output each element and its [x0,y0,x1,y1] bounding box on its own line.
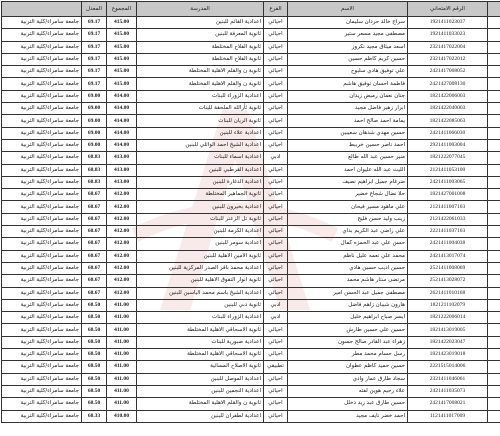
total-score: 412.00 [107,213,137,225]
accepted-institution: جامعة سامراء/كلية التربية [2,164,82,176]
average-score: 68.50 [82,299,107,311]
branch: احيائي [264,164,288,176]
row-seq-number: 93731 [488,139,500,151]
accepted-institution: جامعة سامراء/كلية التربية [2,189,82,201]
total-score: 410.00 [107,410,137,422]
accepted-institution: جامعة سامراء/كلية التربية [2,226,82,238]
row-seq-number: 93749 [488,361,500,373]
school-name: ثانوية الفلاح المختلطة [137,53,264,65]
exam-number: 2421411035073 [408,385,488,397]
school-name: اعدادية اسماء للبنات [137,152,264,164]
branch: احيائي [264,90,288,102]
student-name: هارون شيبان زاهم فاضل [288,299,408,311]
student-name: حسين علي حسين طارش [288,324,408,336]
branch: احيائي [264,127,288,139]
table-row: 937432621411010168مصطفى جميل عبد الحسن ا… [2,287,500,299]
total-score: 412.00 [107,262,137,274]
accepted-institution: جامعة سامراء/كلية التربية [2,127,82,139]
total-score: 411.00 [107,398,137,410]
branch: احيائي [264,189,288,201]
student-name: حسن علي عبد الحمزه كمال [288,238,408,250]
branch: احيائي [264,53,288,65]
row-seq-number: 93730 [488,127,500,139]
total-score: 415.00 [107,53,137,65]
accepted-institution: جامعة سامراء/كلية التربية [2,90,82,102]
branch: احيائي [264,250,288,262]
student-name: احمد خضر نايف مجيد [288,410,408,422]
school-name: ثانوية الامين الاهلية للبنين [137,250,264,262]
school-name: اعدادية القرطبي للبنين [137,164,264,176]
average-score: 68.50 [82,336,107,348]
row-seq-number: 93743 [488,287,500,299]
accepted-institution: جامعة سامراء/كلية التربية [2,238,82,250]
total-score: 412.00 [107,250,137,262]
results-table: ت الرقم الامتحاني الاسم الفرع المدرسة ال… [1,1,500,423]
row-seq-number: 93733 [488,164,500,176]
average-score: 68.50 [82,312,107,324]
school-name: ثانوية الفلاح المختلطة [137,41,264,53]
total-score: 411.00 [107,373,137,385]
accepted-institution: جامعة سامراء/كلية التربية [2,410,82,422]
accepted-institution: جامعة سامراء/كلية التربية [2,250,82,262]
accepted-institution: جامعة سامراء/كلية التربية [2,17,82,29]
table-row: 937211921411023037سراج خالد حردان سليمان… [2,17,500,29]
total-score: 413.00 [107,152,137,164]
student-name: رسل حسام محمد مطر [288,349,408,361]
school-name: ثانوية الريان للبنات [137,115,264,127]
branch: احيائي [264,324,288,336]
accepted-institution: جامعة سامراء/كلية التربية [2,361,82,373]
row-seq-number: 93738 [488,226,500,238]
header-school: المدرسة [137,2,264,17]
average-score: 68.67 [82,226,107,238]
school-name: اعدادية بخيرون للبنين [137,201,264,213]
average-score: 69.00 [82,90,107,102]
branch: احيائي [264,29,288,41]
table-row: 937512421411035073علاء رحيم هوين لفتهاحي… [2,385,500,397]
school-name: اعدادية علاء للبنين [137,127,264,139]
student-name: مصطفى مجيد مسعر ستير [288,29,408,41]
student-name: زهراء عبد القادر صالح حسون [288,336,408,348]
total-score: 414.00 [107,139,137,151]
row-seq-number: 93750 [488,373,500,385]
branch: احيائي [264,213,288,225]
table-row: 937281821422040003ابرار زهير فاضل مجيداح… [2,103,500,115]
school-name: ثانوية المعرفة للبنين [137,29,264,41]
table-row: 937461821413019005حسين علي حسين طارشاحيا… [2,324,500,336]
table-row: 937252421417008052علي توفيق هادي سلبوحاح… [2,66,500,78]
school-name: اعدادية الزوراء للبنات [137,90,264,102]
student-name: ضرغام جميل ابراهيم نصيف [288,176,408,188]
exam-number: 2121422061033 [408,213,488,225]
total-score: 414.00 [107,127,137,139]
branch: احيائي [264,139,288,151]
average-score: 68.67 [82,201,107,213]
header-name: الاسم [288,2,408,17]
total-score: 412.00 [107,226,137,238]
student-name: حلا نضال شجاع خضير [288,189,408,201]
exam-number: 2121411007103 [408,201,488,213]
table-row: 937392421411004038حسن علي عبد الحمزه كما… [2,238,500,250]
average-score: 68.33 [82,410,107,422]
average-score: 68.67 [82,275,107,287]
total-score: 414.00 [107,103,137,115]
total-score: 411.00 [107,312,137,324]
exam-number: 2421413017074 [408,250,488,262]
total-score: 411.00 [107,299,137,311]
school-name: ثانوية الاصلاح المسائية [137,361,264,373]
results-sheet: ت الرقم الامتحاني الاسم الفرع المدرسة ال… [0,0,500,436]
total-score: 414.00 [107,90,137,102]
exam-number: 2621411010168 [408,287,488,299]
average-score: 68.50 [82,373,107,385]
table-row: 937291821422085063يمامة احمد صالح احمداح… [2,115,500,127]
average-score: 69.00 [82,115,107,127]
student-name: مرتضى ستار هاشم محمد [288,275,408,287]
student-name: علي راضي عبد الكريم بداي [288,226,408,238]
average-score: 69.17 [82,29,107,41]
student-name: منير حسين عبد الله طالع [288,152,408,164]
average-score: 68.83 [82,176,107,188]
school-name: اعدادية لطفران للبنين [137,410,264,422]
branch: ادبي [264,312,288,324]
school-name: ثانوية الجماهير المختلطة [137,189,264,201]
school-name: ثانوية الاسحاقي الاهلية المختلطة [137,324,264,336]
student-name: جنان نعمان رميض زيدان [288,90,408,102]
school-name: اعدادية الموصل للبنين [137,373,264,385]
exam-number: 2421411004038 [408,238,488,250]
branch: احيائي [264,385,288,397]
accepted-institution: جامعة سامراء/كلية التربية [2,262,82,274]
row-seq-number: 93740 [488,250,500,262]
average-score: 68.67 [82,262,107,274]
school-name: ثانوية ن والقلم الاهلية المختلطة [137,66,264,78]
branch: احيائي [264,410,288,422]
total-score: 411.00 [107,361,137,373]
student-name: يمامة احمد صالح احمد [288,115,408,127]
row-seq-number: 93748 [488,349,500,361]
total-score: 412.00 [107,238,137,250]
total-score: 411.00 [107,385,137,397]
student-name: مصطفى جميل عبد الحسن امير [288,287,408,299]
row-seq-number: 93736 [488,201,500,213]
exam-number: 1821222077045 [408,152,488,164]
school-name: ثانوية ن والقلم الاهلية المختلطة [137,398,264,410]
student-name: علي توفيق هادي سلبوح [288,66,408,78]
header-exam-number: الرقم الامتحاني [408,2,488,17]
school-name: اعدادية صبورية للبنات [137,336,264,348]
branch: احيائي [264,17,288,29]
row-seq-number: 93751 [488,385,500,397]
accepted-institution: جامعة سامراء/كلية التربية [2,201,82,213]
school-name: ثانوية انوار التفوق الاهلية للبنين [137,275,264,287]
row-seq-number: 93734 [488,176,500,188]
student-name: حسين حميد كاظم عطوان [288,361,408,373]
school-name: اعدادية الشيخ باسم محمد الياسين للبنين [137,287,264,299]
exam-number: 2321411046061 [408,373,488,385]
header-branch: الفرع [264,2,288,17]
school-name: اعدادية الكرمة للبنين [137,226,264,238]
exam-number: 2921411003004 [408,139,488,151]
exam-number: 1821413019005 [408,324,488,336]
header-seq: ت [488,2,500,17]
branch: احيائي [264,78,288,90]
exam-number: 2521411008069 [408,262,488,274]
average-score: 68.67 [82,250,107,262]
exam-number: 1821422085063 [408,115,488,127]
average-score: 69.00 [82,103,107,115]
table-row: 937242321417022012حسين كريم كاظم حسيناحي… [2,53,500,65]
exam-number: 1821427001008 [408,189,488,201]
school-name: اعدادية الدغارة للبنين [137,176,264,188]
accepted-institution: جامعة سامراء/كلية التربية [2,385,82,397]
exam-number: 2221515014006 [408,361,488,373]
exam-number: 1821422023047 [408,336,488,348]
accepted-institution: جامعة سامراء/كلية التربية [2,299,82,311]
table-row: 937302421411066030حسين مهدي شدهان سعيبين… [2,127,500,139]
table-row: 937221921411033023مصطفى مجيد مسعر ستيراح… [2,29,500,41]
header-accepted [2,2,82,17]
total-score: 415.00 [107,78,137,90]
table-row: 937262421427008130فاطمة احسان توفيق هاشم… [2,78,500,90]
average-score: 69.17 [82,53,107,65]
table-row: 937471821422023047زهراء عبد القادر صالح … [2,336,500,348]
table-row: 937441821211102079هارون شيبان زاهم فاضلا… [2,299,500,311]
average-score: 68.50 [82,361,107,373]
branch: ادبي [264,299,288,311]
header-total: المجموع [107,2,137,17]
total-score: 411.00 [107,336,137,348]
table-row: 937232321417022004اسعد ميثاق مجيد نكروزا… [2,41,500,53]
table-row: 937451821222006014ايسر صباح ابراهيم خليل… [2,312,500,324]
branch: احيائي [264,238,288,250]
total-score: 412.00 [107,275,137,287]
student-name: زينب وليد حسن فليح [288,213,408,225]
accepted-institution: جامعة سامراء/كلية التربية [2,66,82,78]
accepted-institution: جامعة سامراء/كلية التربية [2,312,82,324]
average-score: 68.50 [82,349,107,361]
school-name: اعدادية النجمين للبنين [137,385,264,397]
total-score: 415.00 [107,17,137,29]
accepted-institution: جامعة سامراء/كلية التربية [2,324,82,336]
average-score: 68.67 [82,213,107,225]
student-name: حسين طارق عبد زيد دخلل [288,398,408,410]
total-score: 413.00 [107,164,137,176]
table-row: 937412521411008069حسين اديب حسين هادياحي… [2,262,500,274]
table-row: 937312921411003004احمد ناصر حسين خريبطاح… [2,139,500,151]
school-name: اعدادية محمد باقر الصدر المركزية للبنين [137,262,264,274]
table-row: 937522421417008021حسين طارق عبد زيد دخلل… [2,398,500,410]
accepted-institution: جامعة سامراء/كلية التربية [2,115,82,127]
table-body: 937211921411023037سراج خالد حردان سليمان… [2,17,500,423]
table-row: 937481821423019018رسل حسام محمد مطراحيائ… [2,349,500,361]
school-name: ثانوية الاسحاقي الاهلية المختلطة [137,349,264,361]
row-seq-number: 93724 [488,53,500,65]
accepted-institution: جامعة سامراء/كلية التربية [2,287,82,299]
average-score: 68.67 [82,287,107,299]
table-row: 937502321411046061سجاد طارق عمار وادياحي… [2,373,500,385]
average-score: 69.17 [82,66,107,78]
row-seq-number: 93735 [488,189,500,201]
row-seq-number: 93728 [488,103,500,115]
total-score: 415.00 [107,29,137,41]
exam-number: 2121411053100 [408,164,488,176]
table-row: 937372121422061033زينب وليد حسن فليحاحيا… [2,213,500,225]
school-name: ثانوية ن والقلم الاهلية المختلطة [137,78,264,90]
average-score: 68.67 [82,189,107,201]
school-name: ثانوية دبي للبنين [137,299,264,311]
exam-number: 2321417022004 [408,41,488,53]
table-row: 937531121411017009احمد خضر نايف مجيداحيا… [2,410,500,422]
average-score: 68.50 [82,385,107,397]
school-name: اعدادية سومر للبنين [137,238,264,250]
accepted-institution: جامعة سامراء/كلية التربية [2,78,82,90]
exam-number: 1821422006003 [408,90,488,102]
student-name: علاء رحيم هوين لفته [288,385,408,397]
branch: احيائي [264,373,288,385]
accepted-institution: جامعة سامراء/كلية التربية [2,152,82,164]
exam-number: 1821422040003 [408,103,488,115]
exam-number: 2221411037103 [408,226,488,238]
exam-number: 2421417008021 [408,398,488,410]
total-score: 414.00 [107,115,137,127]
table-header-row: ت الرقم الامتحاني الاسم الفرع المدرسة ال… [2,2,500,17]
row-seq-number: 93723 [488,41,500,53]
table-row: 937402421413017074محمد علي نعمه عليل ناظ… [2,250,500,262]
accepted-institution: جامعة سامراء/كلية التربية [2,103,82,115]
row-seq-number: 93741 [488,262,500,274]
row-seq-number: 93722 [488,29,500,41]
accepted-institution: جامعة سامراء/كلية التربية [2,41,82,53]
branch: احيائي [264,176,288,188]
accepted-institution: جامعة سامراء/كلية التربية [2,336,82,348]
school-name: ثانوية تل الزعتر للبنات [137,213,264,225]
row-seq-number: 93745 [488,312,500,324]
row-seq-number: 93742 [488,275,500,287]
exam-number: 2321417022012 [408,53,488,65]
student-name: فاطمة احسان توفيق هاشم [288,78,408,90]
row-seq-number: 93744 [488,299,500,311]
exam-number: 2421411066030 [408,127,488,139]
exam-number: 1921411023037 [408,17,488,29]
row-seq-number: 93746 [488,324,500,336]
branch: احيائي [264,66,288,78]
exam-number: 1821211102079 [408,299,488,311]
accepted-institution: جامعة سامراء/كلية التربية [2,53,82,65]
accepted-institution: جامعة سامراء/كلية التربية [2,29,82,41]
student-name: سجاد طارق عمار وادي [288,373,408,385]
total-score: 415.00 [107,41,137,53]
student-name: حسين مهدي شدهان سعيبين [288,127,408,139]
row-seq-number: 93725 [488,66,500,78]
table-row: 937382221411037103علي راضي عبد الكريم بد… [2,226,500,238]
exam-number: 2421427008130 [408,78,488,90]
exam-number: 2421411003065 [408,176,488,188]
total-score: 415.00 [107,66,137,78]
total-score: 412.00 [107,287,137,299]
average-score: 68.50 [82,324,107,336]
school-name: اعدادية القائم للبنين [137,17,264,29]
total-score: 411.00 [107,324,137,336]
branch: احيائي [264,349,288,361]
row-seq-number: 93737 [488,213,500,225]
average-score: 68.50 [82,398,107,410]
branch: احيائي [264,226,288,238]
total-score: 412.00 [107,201,137,213]
average-score: 69.00 [82,127,107,139]
average-score: 69.00 [82,139,107,151]
accepted-institution: جامعة سامراء/كلية التربية [2,373,82,385]
table-row: 937342421411003065ضرغام جميل ابراهيم نصي… [2,176,500,188]
branch: احيائي [264,115,288,127]
branch: ادبي [264,152,288,164]
table-row: 937362121411007103علي ماهود مسير فيحاناح… [2,201,500,213]
average-score: 69.17 [82,78,107,90]
exam-number: 1921411033023 [408,29,488,41]
table-row: 937422521413028072مرتضى ستار هاشم محمداح… [2,275,500,287]
accepted-institution: جامعة سامراء/كلية التربية [2,213,82,225]
student-name: اسعد ميثاق مجيد نكروز [288,41,408,53]
table-row: 937351821427001008حلا نضال شجاع خضيراحيا… [2,189,500,201]
student-name: احمد ناصر حسين خريبط [288,139,408,151]
exam-number: 2421417008052 [408,66,488,78]
accepted-institution: جامعة سامراء/كلية التربية [2,398,82,410]
table-row: 937332121411053100الليث عبد الله عليوان … [2,164,500,176]
branch: تطبيقي [264,361,288,373]
row-seq-number: 93729 [488,115,500,127]
accepted-institution: جامعة سامراء/كلية التربية [2,275,82,287]
average-score: 69.17 [82,41,107,53]
exam-number: 1821222006014 [408,312,488,324]
branch: احيائي [264,201,288,213]
average-score: 68.67 [82,238,107,250]
total-score: 413.00 [107,176,137,188]
student-name: حسين كريم كاظم حسين [288,53,408,65]
branch: احيائي [264,336,288,348]
row-seq-number: 93721 [488,17,500,29]
row-seq-number: 93732 [488,152,500,164]
school-name: اعدادية الزوراء للبنات [137,312,264,324]
student-name: سراج خالد حردان سليمان [288,17,408,29]
student-name: علي ماهود مسير فيحان [288,201,408,213]
branch: احيائي [264,41,288,53]
row-seq-number: 93747 [488,336,500,348]
row-seq-number: 93753 [488,410,500,422]
row-seq-number: 93739 [488,238,500,250]
accepted-institution: جامعة سامراء/كلية التربية [2,139,82,151]
average-score: 68.83 [82,152,107,164]
student-name: الليث عبد الله عليوان احمد [288,164,408,176]
student-name: حسين اديب حسين هادي [288,262,408,274]
total-score: 411.00 [107,349,137,361]
exam-number: 1821423019018 [408,349,488,361]
table-row: 937271821422006003جنان نعمان رميض زيدانا… [2,90,500,102]
branch: احيائي [264,275,288,287]
student-name: محمد علي نعمه عليل ناظم [288,250,408,262]
school-name: اعدادية الشيخ احمد الوائلي للبنين [137,139,264,151]
row-seq-number: 93726 [488,78,500,90]
student-name: ايسر صباح ابراهيم خليل [288,312,408,324]
row-seq-number: 93752 [488,398,500,410]
header-average: المعدل [82,2,107,17]
accepted-institution: جامعة سامراء/كلية التربية [2,349,82,361]
branch: احيائي [264,103,288,115]
table-row: 937492221515014006حسين حميد كاظم عطوانتط… [2,361,500,373]
exam-number: 2521413028072 [408,275,488,287]
row-seq-number: 93727 [488,90,500,102]
branch: احيائي [264,398,288,410]
table-row: 937321821222077045منير حسين عبد الله طال… [2,152,500,164]
